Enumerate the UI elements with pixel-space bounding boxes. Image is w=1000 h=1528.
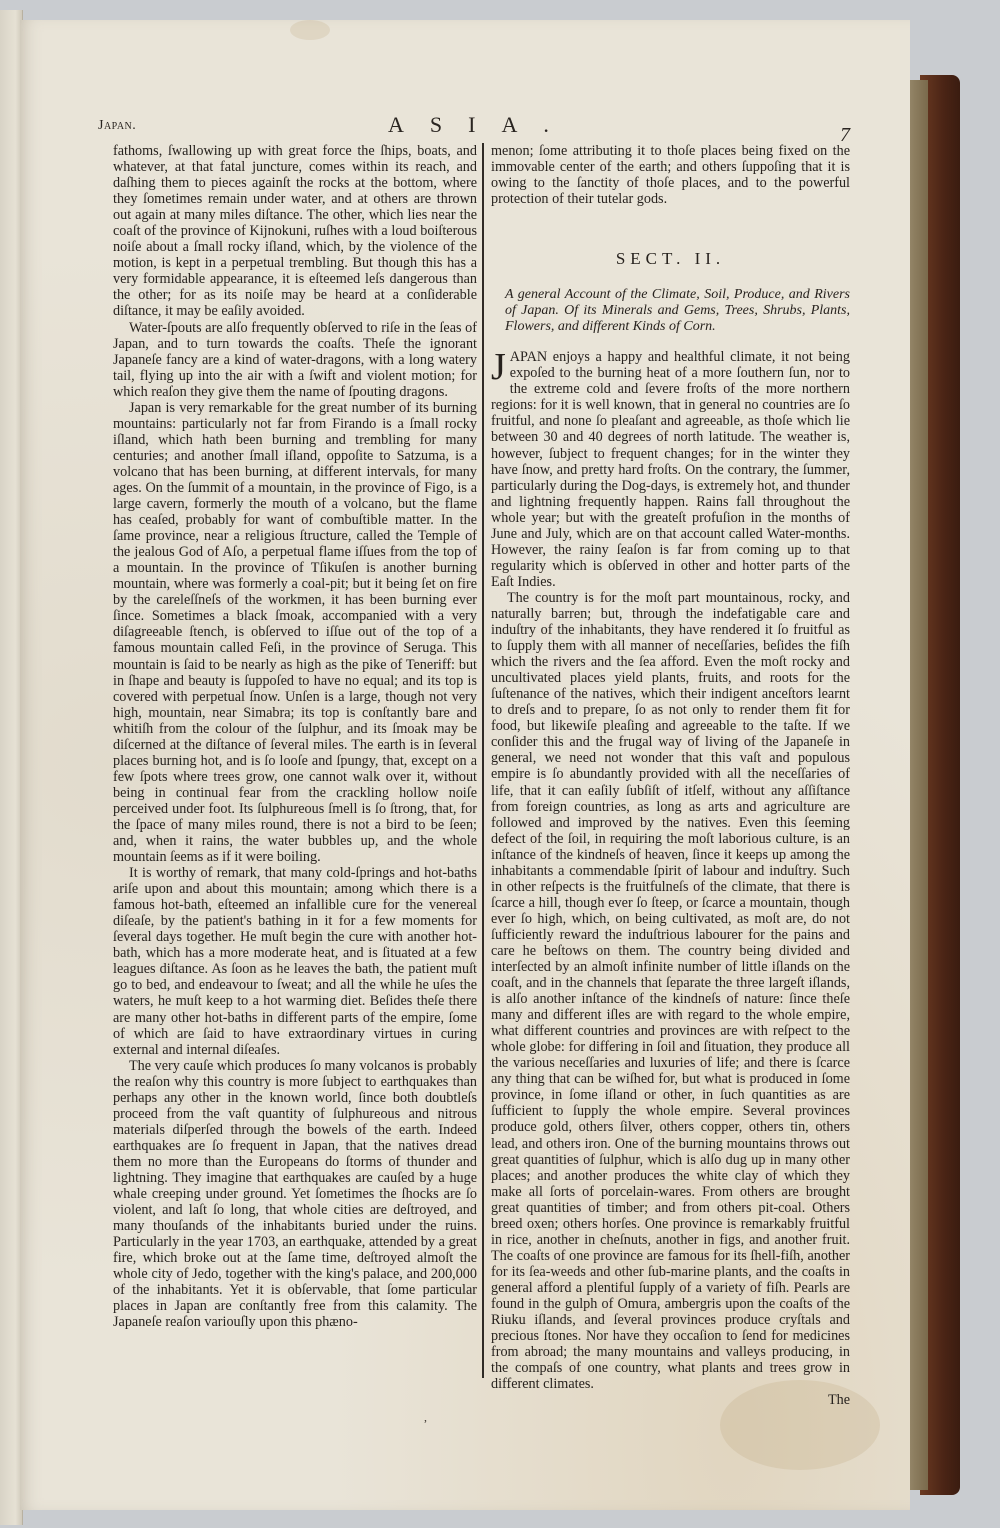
running-head: Japan. ASIA. 7 — [98, 98, 850, 128]
catchword: The — [491, 1392, 850, 1408]
paragraph-continuation: menon; ſome attributing it to thoſe plac… — [491, 143, 850, 207]
column-divider — [482, 143, 484, 1378]
paragraph: The very cauſe which produces ſo many vo… — [113, 1058, 477, 1331]
right-column: menon; ſome attributing it to thoſe plac… — [491, 143, 850, 1408]
paragraph: It is worthy of remark, that many cold-ſ… — [113, 865, 477, 1058]
left-column: fathoms, ſwallowing up with great force … — [113, 143, 477, 1330]
paragraph: Japan is very remarkable for the great n… — [113, 400, 477, 865]
paragraph-with-dropcap: JAPAN enjoys a happy and healthful clima… — [491, 349, 850, 590]
section-subtitle: A general Account of the Climate, Soil, … — [491, 287, 850, 335]
running-head-region: Japan. — [98, 118, 136, 134]
running-head-continent: ASIA. — [388, 112, 575, 138]
paragraph-text: APAN enjoys a happy and healthful climat… — [491, 349, 850, 590]
paragraph: The country is for the moſt part mountai… — [491, 590, 850, 1392]
ink-mark: , — [424, 1410, 427, 1425]
paragraph: Water-ſpouts are alſo frequently obſerve… — [113, 320, 477, 400]
section-title: SECT. II. — [491, 251, 850, 267]
paragraph: fathoms, ſwallowing up with great force … — [113, 143, 477, 320]
paper-stain — [290, 20, 330, 40]
drop-cap: J — [491, 351, 506, 383]
